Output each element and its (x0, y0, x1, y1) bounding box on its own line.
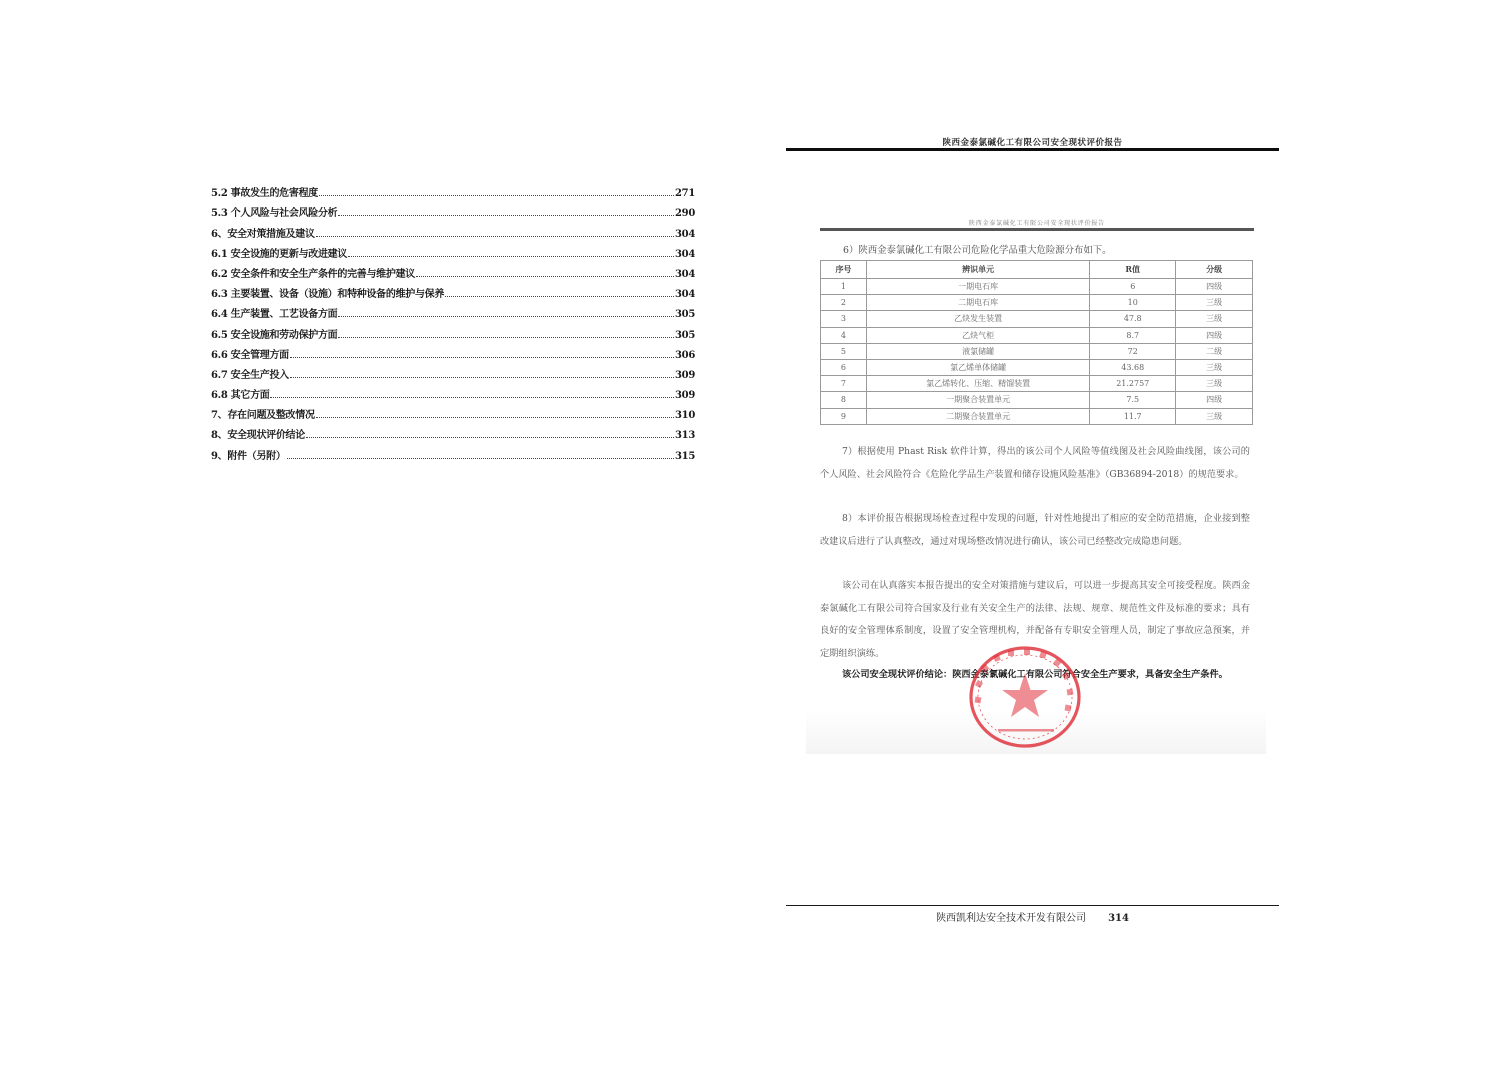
major-hazard-table: 序号 辨识单元 R值 分级 1一期电石库6四级2二期电石库10三级3乙炔发生装置… (820, 260, 1253, 425)
toc-entry-title: 6、安全对策措施及建议 (211, 225, 315, 240)
page-header-rule (786, 148, 1279, 151)
paragraph-8: 8）本评价报告根据现场检查过程中发现的问题，针对性地提出了相应的安全防范措施，企… (820, 508, 1250, 553)
toc-entry-page: 310 (675, 410, 695, 421)
cell-grade: 三级 (1176, 359, 1253, 375)
toc-entry[interactable]: 6.7 安全生产投入309 (211, 361, 695, 381)
toc-leader-dots (316, 417, 674, 418)
table-row: 9二期聚合装置单元11.7三级 (821, 408, 1253, 424)
paragraph-7: 7）根据使用 Phast Risk 软件计算，得出的该公司个人风险等值线图及社会… (820, 441, 1250, 486)
toc-entry-page: 313 (675, 430, 695, 441)
toc-leader-dots (338, 316, 674, 317)
toc-entry-page: 306 (675, 350, 695, 361)
cell-grade: 四级 (1176, 279, 1253, 295)
toc-entry-title: 6.6 安全管理方面 (211, 346, 289, 361)
cell-index: 9 (821, 408, 867, 424)
official-seal-icon (968, 645, 1082, 749)
toc-entry[interactable]: 6.8 其它方面309 (211, 381, 695, 401)
footer-rule (786, 905, 1279, 906)
cell-unit: 一期电石库 (866, 279, 1089, 295)
toc-leader-dots (319, 195, 674, 196)
cell-grade: 四级 (1176, 392, 1253, 408)
toc-entry-title: 8、安全现状评价结论 (211, 426, 305, 441)
cell-r-value: 7.5 (1090, 392, 1176, 408)
toc-entry-title: 6.4 生产装置、工艺设备方面 (211, 305, 337, 320)
table-header-row: 序号 辨识单元 R值 分级 (821, 261, 1253, 279)
toc-entry-page: 305 (675, 330, 695, 341)
table-of-contents: 5.2 事故发生的危害程度2715.3 个人风险与社会风险分析2906、安全对策… (211, 179, 695, 462)
toc-entry-page: 304 (675, 249, 695, 260)
toc-entry-page: 304 (675, 289, 695, 300)
toc-entry-title: 5.3 个人风险与社会风险分析 (211, 204, 337, 219)
col-header-grade: 分级 (1176, 261, 1253, 279)
cell-index: 5 (821, 343, 867, 359)
cell-unit: 二期聚合装置单元 (866, 408, 1089, 424)
toc-leader-dots (338, 337, 674, 338)
table-row: 3乙炔发生装置47.8三级 (821, 311, 1253, 327)
page-footer: 陕西凯利达安全技术开发有限公司314 (786, 909, 1279, 924)
table-row: 5液氯储罐72二级 (821, 343, 1253, 359)
conclusion-lead: 该公司安全现状评价结论： (842, 669, 952, 680)
cell-index: 7 (821, 376, 867, 392)
cell-grade: 四级 (1176, 327, 1253, 343)
cell-index: 3 (821, 311, 867, 327)
toc-entry-title: 6.3 主要装置、设备（设施）和特种设备的维护与保养 (211, 285, 444, 300)
toc-entry-title: 6.1 安全设施的更新与改进建议 (211, 245, 347, 260)
toc-entry-page: 309 (675, 390, 695, 401)
page-header-title: 陕西金泰氯碱化工有限公司安全现状评价报告 (786, 136, 1279, 148)
col-header-r-value: R值 (1090, 261, 1176, 279)
table-row: 4乙炔气柜8.7四级 (821, 327, 1253, 343)
toc-leader-dots (338, 215, 674, 216)
toc-entry-page: 309 (675, 370, 695, 381)
toc-leader-dots (290, 357, 674, 358)
cell-unit: 氯乙烯转化、压缩、精馏装置 (866, 376, 1089, 392)
cell-r-value: 6 (1090, 279, 1176, 295)
toc-entry-title: 7、存在问题及整改情况 (211, 406, 315, 421)
cell-unit: 乙炔气柜 (866, 327, 1089, 343)
table-row: 8一期聚合装置单元7.5四级 (821, 392, 1253, 408)
toc-leader-dots (306, 437, 674, 438)
scanned-header-title: 陕西金泰氯碱化工有限公司安全现状评价报告 (820, 218, 1254, 227)
scanned-header-rule (820, 228, 1254, 231)
toc-entry[interactable]: 5.2 事故发生的危害程度271 (211, 179, 695, 199)
col-header-unit: 辨识单元 (866, 261, 1089, 279)
cell-index: 4 (821, 327, 867, 343)
page-number: 314 (1108, 913, 1129, 924)
cell-grade: 三级 (1176, 376, 1253, 392)
toc-entry-title: 6.2 安全条件和安全生产条件的完善与维护建议 (211, 265, 415, 280)
cell-r-value: 21.2757 (1090, 376, 1176, 392)
toc-leader-dots (416, 276, 674, 277)
cell-grade: 二级 (1176, 343, 1253, 359)
toc-leader-dots (445, 296, 674, 297)
toc-entry-title: 6.8 其它方面 (211, 386, 269, 401)
toc-entry[interactable]: 9、附件（另附）315 (211, 441, 695, 461)
table-intro-text: 6）陕西金泰氯碱化工有限公司危险化学品重大危险源分布如下。 (843, 242, 1111, 256)
toc-entry[interactable]: 6.6 安全管理方面306 (211, 341, 695, 361)
toc-entry[interactable]: 7、存在问题及整改情况310 (211, 401, 695, 421)
cell-index: 8 (821, 392, 867, 408)
toc-entry[interactable]: 6.4 生产装置、工艺设备方面305 (211, 300, 695, 320)
toc-entry[interactable]: 6、安全对策措施及建议304 (211, 219, 695, 239)
cell-r-value: 43.68 (1090, 359, 1176, 375)
footer-company: 陕西凯利达安全技术开发有限公司 (936, 913, 1086, 924)
toc-entry[interactable]: 6.1 安全设施的更新与改进建议304 (211, 240, 695, 260)
toc-leader-dots (287, 458, 674, 459)
cell-r-value: 11.7 (1090, 408, 1176, 424)
cell-grade: 三级 (1176, 311, 1253, 327)
table-row: 7氯乙烯转化、压缩、精馏装置21.2757三级 (821, 376, 1253, 392)
toc-entry-page: 271 (675, 188, 695, 199)
toc-entry-page: 315 (675, 451, 695, 462)
cell-grade: 三级 (1176, 295, 1253, 311)
toc-entry-page: 305 (675, 309, 695, 320)
toc-entry-page: 290 (675, 208, 695, 219)
toc-entry-title: 6.7 安全生产投入 (211, 366, 289, 381)
toc-entry[interactable]: 8、安全现状评价结论313 (211, 421, 695, 441)
table-row: 1一期电石库6四级 (821, 279, 1253, 295)
cell-index: 1 (821, 279, 867, 295)
cell-r-value: 47.8 (1090, 311, 1176, 327)
cell-index: 2 (821, 295, 867, 311)
toc-entry-title: 5.2 事故发生的危害程度 (211, 184, 318, 199)
cell-unit: 氯乙烯单体储罐 (866, 359, 1089, 375)
cell-unit: 一期聚合装置单元 (866, 392, 1089, 408)
toc-entry-page: 304 (675, 269, 695, 280)
table-row: 2二期电石库10三级 (821, 295, 1253, 311)
toc-entry-title: 9、附件（另附） (211, 447, 286, 462)
toc-entry[interactable]: 6.3 主要装置、设备（设施）和特种设备的维护与保养304 (211, 280, 695, 300)
cell-r-value: 72 (1090, 343, 1176, 359)
toc-entry-title: 6.5 安全设施和劳动保护方面 (211, 326, 337, 341)
toc-entry-page: 304 (675, 229, 695, 240)
cell-index: 6 (821, 359, 867, 375)
table-row: 6氯乙烯单体储罐43.68三级 (821, 359, 1253, 375)
col-header-index: 序号 (821, 261, 867, 279)
cell-r-value: 10 (1090, 295, 1176, 311)
cell-unit: 二期电石库 (866, 295, 1089, 311)
toc-leader-dots (348, 256, 674, 257)
toc-leader-dots (316, 236, 674, 237)
cell-unit: 乙炔发生装置 (866, 311, 1089, 327)
cell-r-value: 8.7 (1090, 327, 1176, 343)
toc-entry[interactable]: 5.3 个人风险与社会风险分析290 (211, 199, 695, 219)
toc-leader-dots (290, 377, 674, 378)
cell-grade: 三级 (1176, 408, 1253, 424)
cell-unit: 液氯储罐 (866, 343, 1089, 359)
toc-leader-dots (270, 397, 674, 398)
toc-entry[interactable]: 6.2 安全条件和安全生产条件的完善与维护建议304 (211, 260, 695, 280)
toc-entry[interactable]: 6.5 安全设施和劳动保护方面305 (211, 320, 695, 340)
